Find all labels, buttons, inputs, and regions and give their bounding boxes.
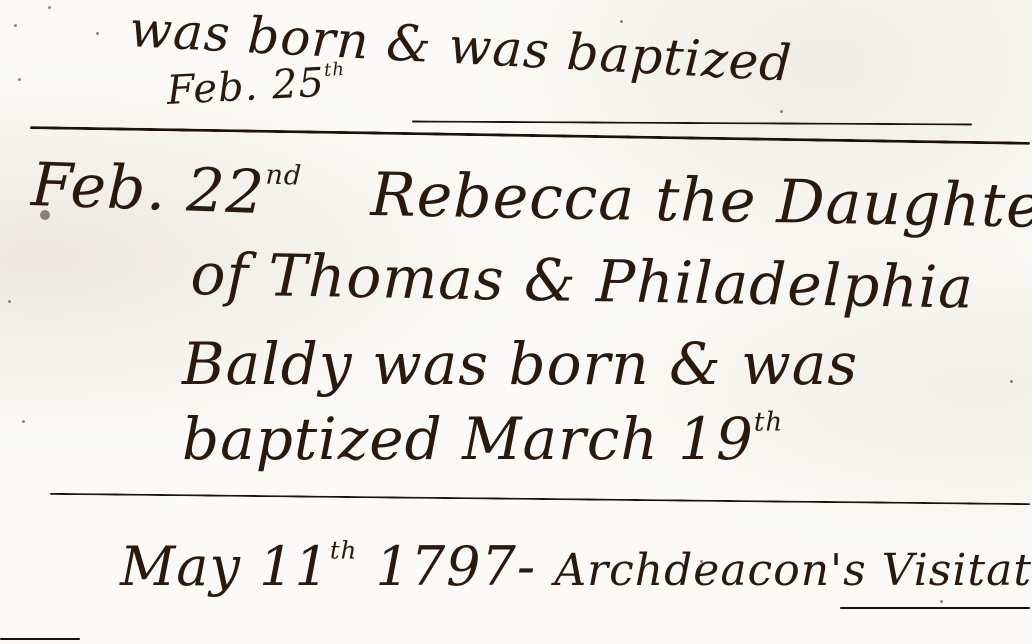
entry-date-month: Feb. xyxy=(30,150,168,225)
previous-entry-date: Feb. 25th xyxy=(166,59,347,114)
paper-speck xyxy=(8,300,11,303)
footer-entry: May 11th 1797- Archdeacon's Visitation xyxy=(120,535,1032,598)
entry-line4-suffix: th xyxy=(754,407,783,437)
paper-speck xyxy=(780,110,783,113)
paper-speck xyxy=(96,32,99,35)
paper-speck xyxy=(1010,380,1013,383)
entry-divider-bottom xyxy=(50,493,1030,505)
entry-line1: Rebecca the Daughter xyxy=(370,160,1032,242)
entry-line4: baptized March 19th xyxy=(182,405,783,473)
short-underline xyxy=(412,121,972,126)
previous-entry-date-text: Feb. 25 xyxy=(166,60,326,114)
footer-entry-date: May 11 xyxy=(120,535,330,598)
footer-entry-year: 1797 xyxy=(375,535,516,598)
footer-left-rule xyxy=(0,638,80,640)
paper-speck xyxy=(40,210,50,220)
entry-date: Feb. 22nd xyxy=(30,150,303,229)
footer-entry-date-suffix: th xyxy=(330,535,357,564)
paper-speck xyxy=(14,24,17,27)
footer-underline xyxy=(840,607,1030,609)
paper-speck xyxy=(48,6,51,9)
entry-divider-top xyxy=(30,126,1030,145)
paper-speck xyxy=(18,78,21,81)
entry-line2: of Thomas & Philadelphia xyxy=(190,240,974,322)
entry-date-day: 22 xyxy=(185,155,266,228)
paper-speck xyxy=(700,560,703,563)
previous-entry-date-suffix: th xyxy=(324,59,346,81)
paper-speck xyxy=(22,420,25,423)
paper-speck xyxy=(620,20,623,23)
footer-entry-text: Archdeacon's Visitation xyxy=(554,545,1032,596)
entry-date-suffix: nd xyxy=(265,160,303,192)
paper-speck xyxy=(940,600,943,603)
entry-line3: Baldy was born & was xyxy=(182,330,858,398)
entry-line4-text: baptized March 19 xyxy=(182,405,754,473)
register-page: was born & was baptized Feb. 25th Feb. 2… xyxy=(0,0,1032,644)
